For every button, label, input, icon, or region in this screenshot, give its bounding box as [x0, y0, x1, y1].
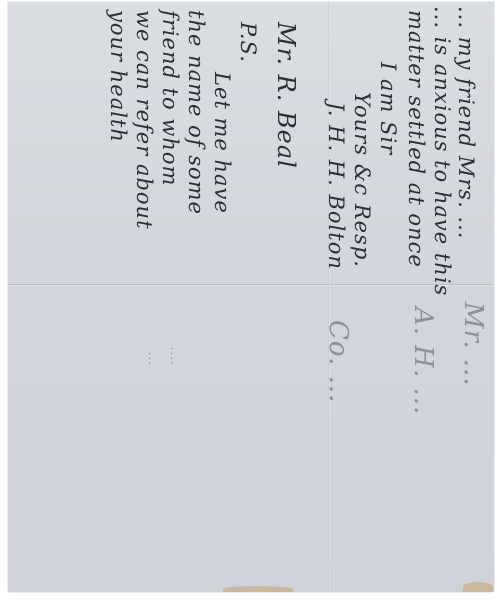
letter-page: ... my friend Mrs. ... ... is anxious to… — [8, 2, 494, 592]
vertical-fold — [328, 2, 330, 592]
faint-mark-2: ... — [146, 352, 156, 367]
letter-line-2: ... is anxious to have this — [430, 6, 454, 296]
letter-line-1: ... my friend Mrs. ... — [454, 6, 478, 239]
paper-stain — [463, 582, 493, 592]
paper-stain — [223, 586, 293, 592]
letter-line-6: J. H. H. Bolton — [324, 102, 348, 270]
letter-line-10: the name of some — [184, 10, 208, 215]
letter-line-11: friend to whom — [158, 10, 182, 186]
pencil-note-1: Mr. ... — [458, 302, 488, 387]
letter-line-12: we can refer about — [132, 10, 156, 230]
letter-line-3: matter settled at once — [404, 10, 428, 268]
letter-line-5: Yours &c Resp. — [350, 92, 374, 268]
letter-line-13: your health — [106, 10, 130, 143]
letter-line-8: P.S. — [236, 22, 260, 63]
letter-line-7: Mr. R. Beal — [272, 22, 300, 169]
letter-line-4: I am Sir — [376, 62, 400, 155]
horizontal-fold — [8, 284, 494, 286]
letter-line-9: Let me have — [210, 72, 234, 214]
pencil-note-2: A. H. ... — [408, 307, 438, 415]
pencil-note-3: Co. ... — [323, 320, 353, 403]
faint-mark-1: .... — [168, 347, 178, 366]
